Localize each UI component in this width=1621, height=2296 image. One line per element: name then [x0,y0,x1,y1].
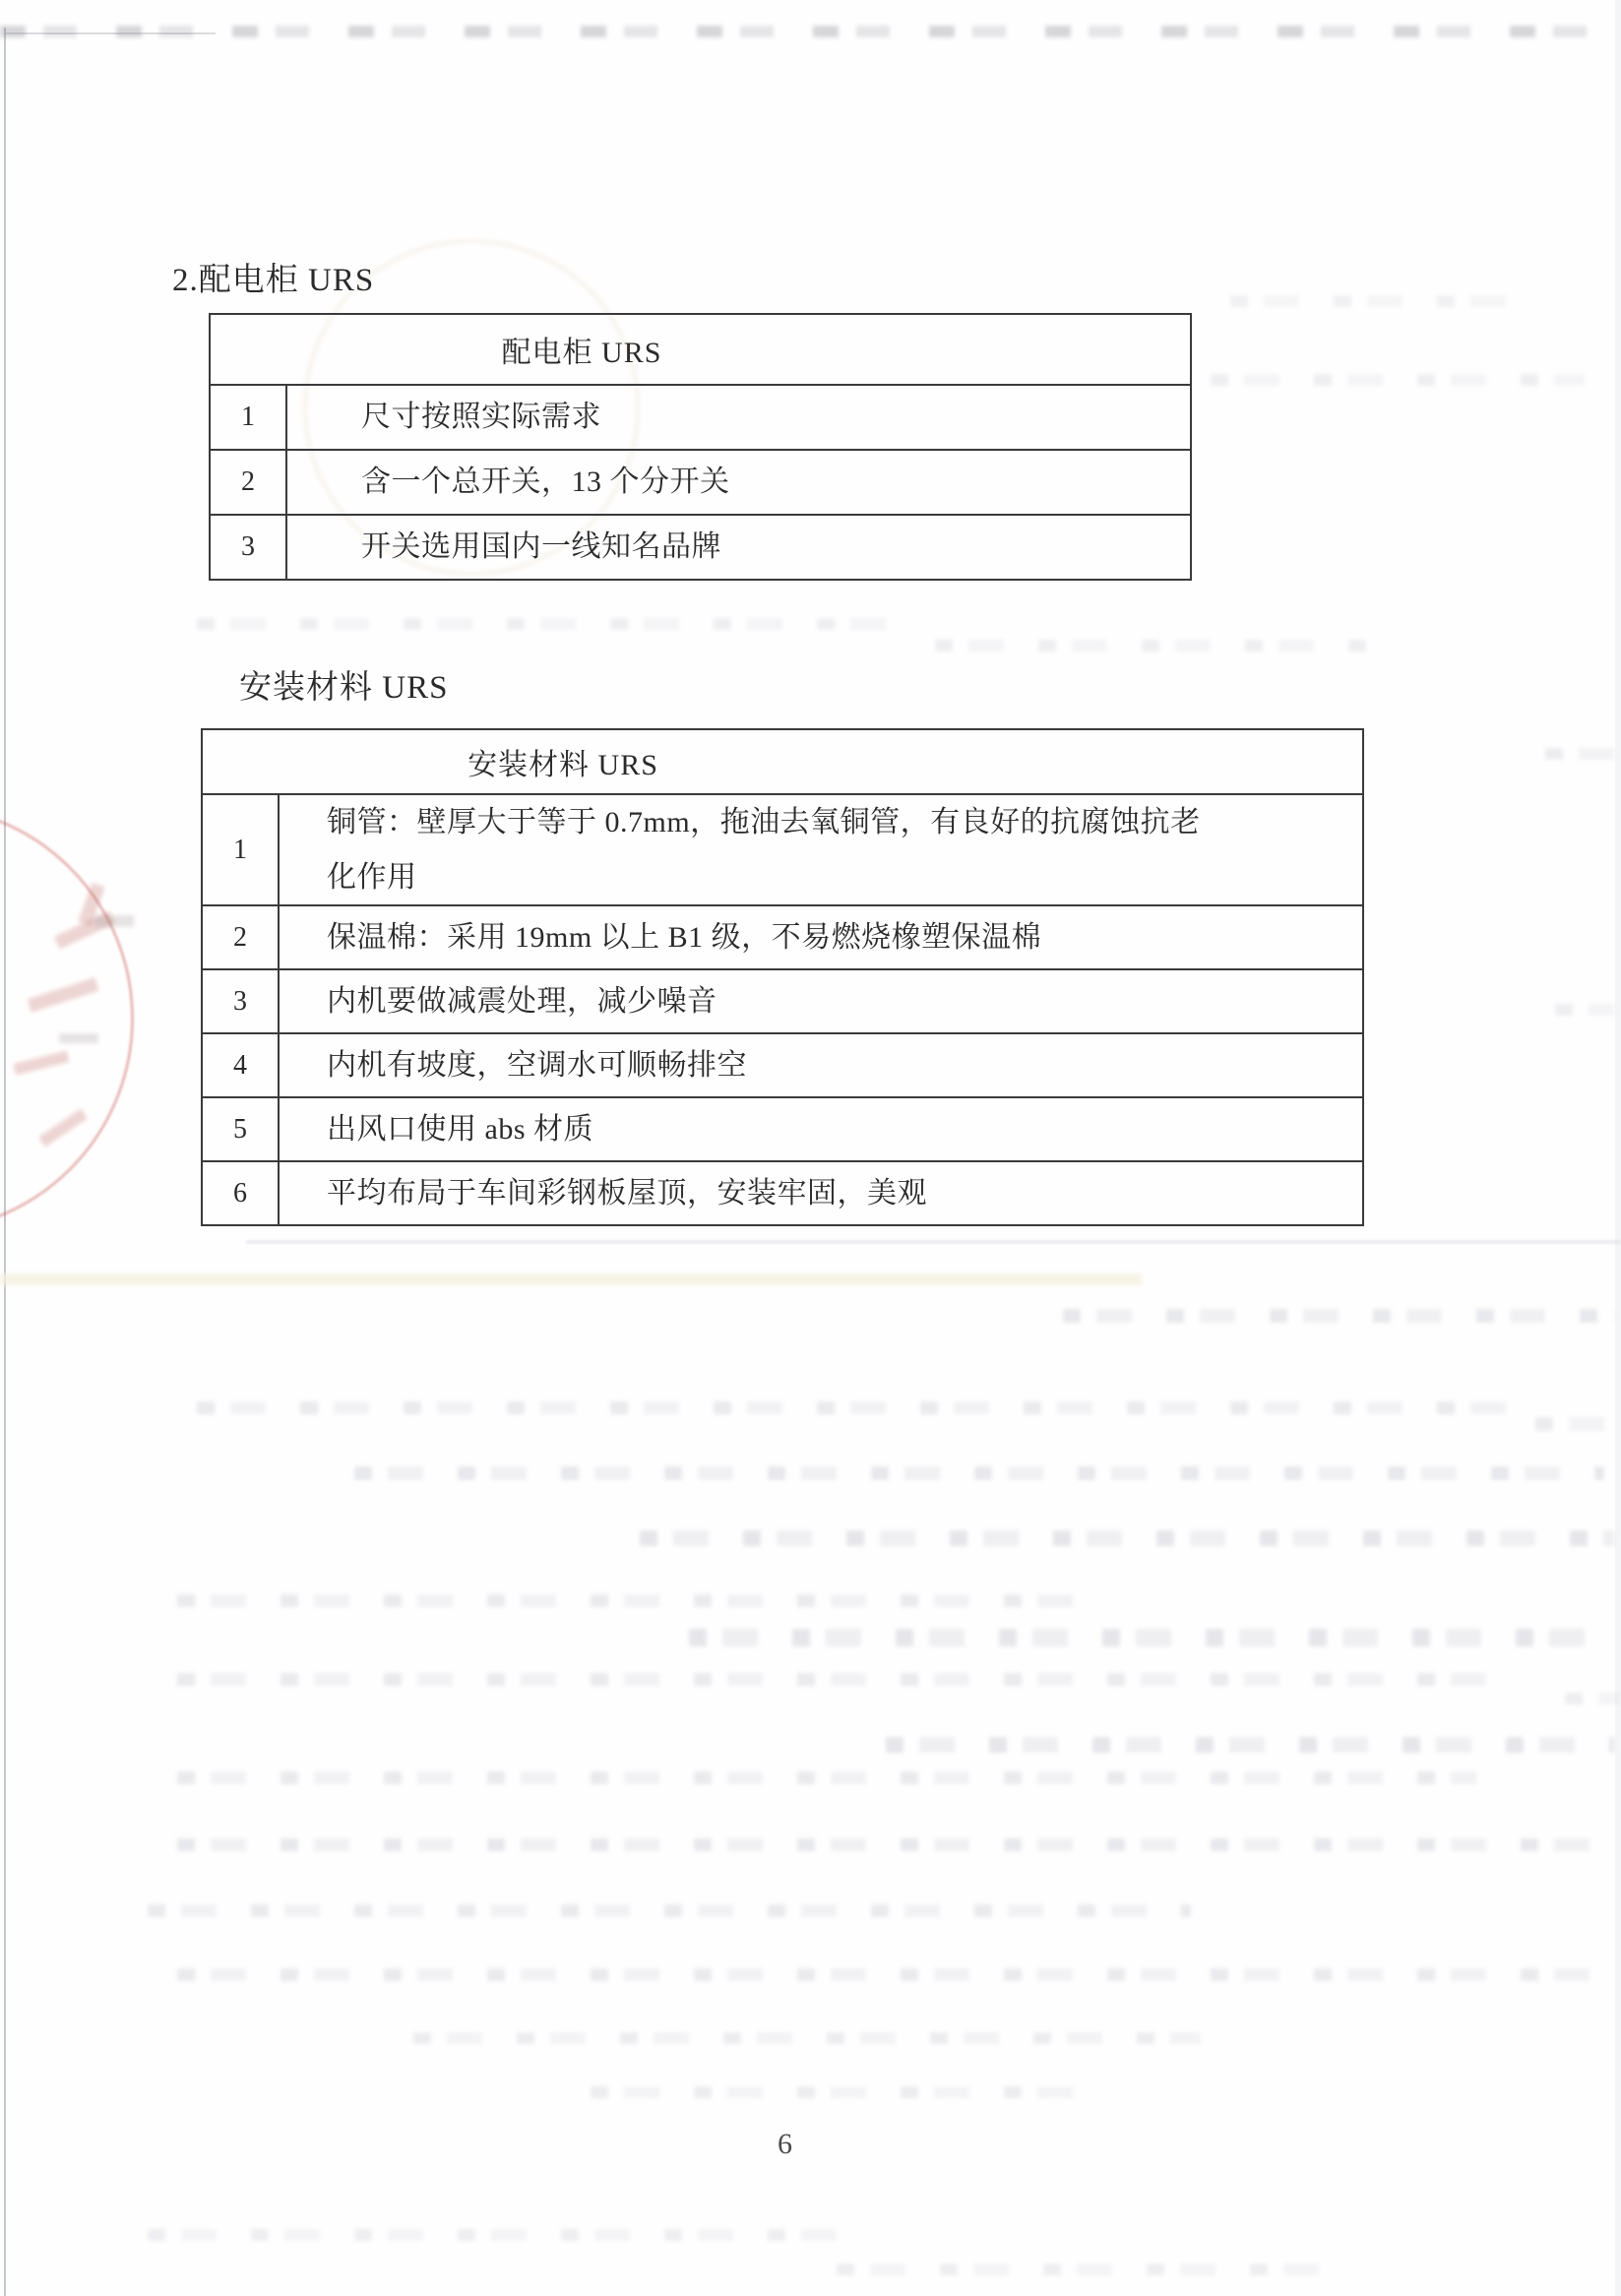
table-row: 4 内机有坡度，空调水可顺畅排空 [203,1034,1362,1098]
table-row: 2 保温棉：采用 19mm 以上 B1 级，不易燃烧橡塑保温棉 [203,906,1362,970]
bleedthrough-smudge [354,1466,1604,1480]
row-number-cell: 3 [203,970,280,1032]
bleedthrough-smudge [177,1771,1476,1784]
underlying-sheet-edge-line [246,1240,1621,1244]
row-text-cell: 出风口使用 abs 材质 [280,1098,1362,1160]
bleedthrough-smudge [177,1673,1516,1686]
scanned-document-page: 2.配电柜 URS 配电柜 URS 1 尺寸按照实际需求 2 含一个总开关，13… [0,0,1621,2296]
table-row: 1 尺寸按照实际需求 [211,386,1190,451]
bleedthrough-cream-band [0,1273,1142,1285]
bleedthrough-smudge [148,1904,1191,1917]
bleedthrough-smudge [148,2229,837,2241]
table-title: 安装材料 URS [203,730,1362,795]
row-number-cell: 2 [211,451,287,514]
row-number-cell: 1 [211,386,287,449]
bleedthrough-smudge [1555,1004,1614,1016]
row-text-cell: 内机有坡度，空调水可顺畅排空 [280,1034,1362,1096]
row-number-cell: 6 [203,1162,280,1224]
bleedthrough-smudge [689,1629,1614,1646]
red-seal-stamp [0,804,134,1233]
row-number-cell: 2 [203,906,280,968]
section-heading-installation-materials: 安装材料 URS [239,661,448,708]
bleedthrough-smudge [197,618,886,630]
section-heading-distribution-cabinet: 2.配电柜 URS [172,254,374,300]
bleedthrough-smudge [837,2264,1329,2275]
bleedthrough-smudge [197,1401,1516,1414]
row-text-cell: 含一个总开关，13 个分开关 [287,451,1190,514]
bleedthrough-smudge [1565,1693,1619,1705]
row-text-cell: 保温棉：采用 19mm 以上 B1 级，不易燃烧橡塑保温棉 [280,906,1362,968]
distribution-cabinet-urs-table: 配电柜 URS 1 尺寸按照实际需求 2 含一个总开关，13 个分开关 3 开关… [209,313,1192,581]
bleedthrough-smudge [1230,295,1526,307]
bleedthrough-smudge [413,2032,1201,2044]
row-number-cell: 1 [203,795,280,904]
bleedthrough-smudge [1535,1417,1614,1431]
bleedthrough-smudge [1545,748,1614,760]
table-row: 5 出风口使用 abs 材质 [203,1098,1362,1162]
bleedthrough-smudge [886,1737,1614,1753]
installation-materials-urs-table: 安装材料 URS 1 铜管：壁厚大于等于 0.7mm，拖油去氧铜管，有良好的抗腐… [201,728,1364,1226]
seal-glyph-smudge [94,915,134,927]
row-number-cell: 5 [203,1098,280,1160]
row-text-cell: 平均布局于车间彩钢板屋顶，安装牢固，美观 [280,1162,1362,1224]
table-row: 2 含一个总开关，13 个分开关 [211,451,1190,516]
page-number: 6 [778,2128,792,2161]
row-text-cell: 开关选用国内一线知名品牌 [287,516,1190,579]
bleedthrough-smudge [640,1530,1614,1546]
scan-edge-right-shade [1615,0,1621,2296]
bleedthrough-smudge [177,1968,1614,1981]
table-title: 配电柜 URS [211,315,1190,386]
bleedthrough-smudge [591,2086,1102,2098]
bleedthrough-smudge [1211,374,1585,386]
row-text-cell: 尺寸按照实际需求 [287,386,1190,449]
table-row: 3 开关选用国内一线知名品牌 [211,516,1190,579]
table-body: 1 尺寸按照实际需求 2 含一个总开关，13 个分开关 3 开关选用国内一线知名… [211,386,1190,579]
row-text-cell: 内机要做减震处理，减少噪音 [280,970,1362,1032]
bleedthrough-smudge [1063,1309,1614,1323]
table-row: 3 内机要做减震处理，减少噪音 [203,970,1362,1034]
row-number-cell: 4 [203,1034,280,1096]
bleedthrough-smudge [177,1838,1614,1851]
seal-glyph-smudge [59,1033,98,1043]
bleedthrough-smudge [177,1594,1102,1607]
table-body: 1 铜管：壁厚大于等于 0.7mm，拖油去氧铜管，有良好的抗腐蚀抗老化作用 2 … [203,795,1362,1224]
row-text-cell: 铜管：壁厚大于等于 0.7mm，拖油去氧铜管，有良好的抗腐蚀抗老化作用 [280,795,1362,904]
row-number-cell: 3 [211,516,287,579]
table-row: 6 平均布局于车间彩钢板屋顶，安装牢固，美观 [203,1162,1362,1224]
table-row: 1 铜管：壁厚大于等于 0.7mm，拖油去氧铜管，有良好的抗腐蚀抗老化作用 [203,795,1362,906]
bleedthrough-top-band [0,26,1621,37]
bleedthrough-smudge [935,640,1378,652]
